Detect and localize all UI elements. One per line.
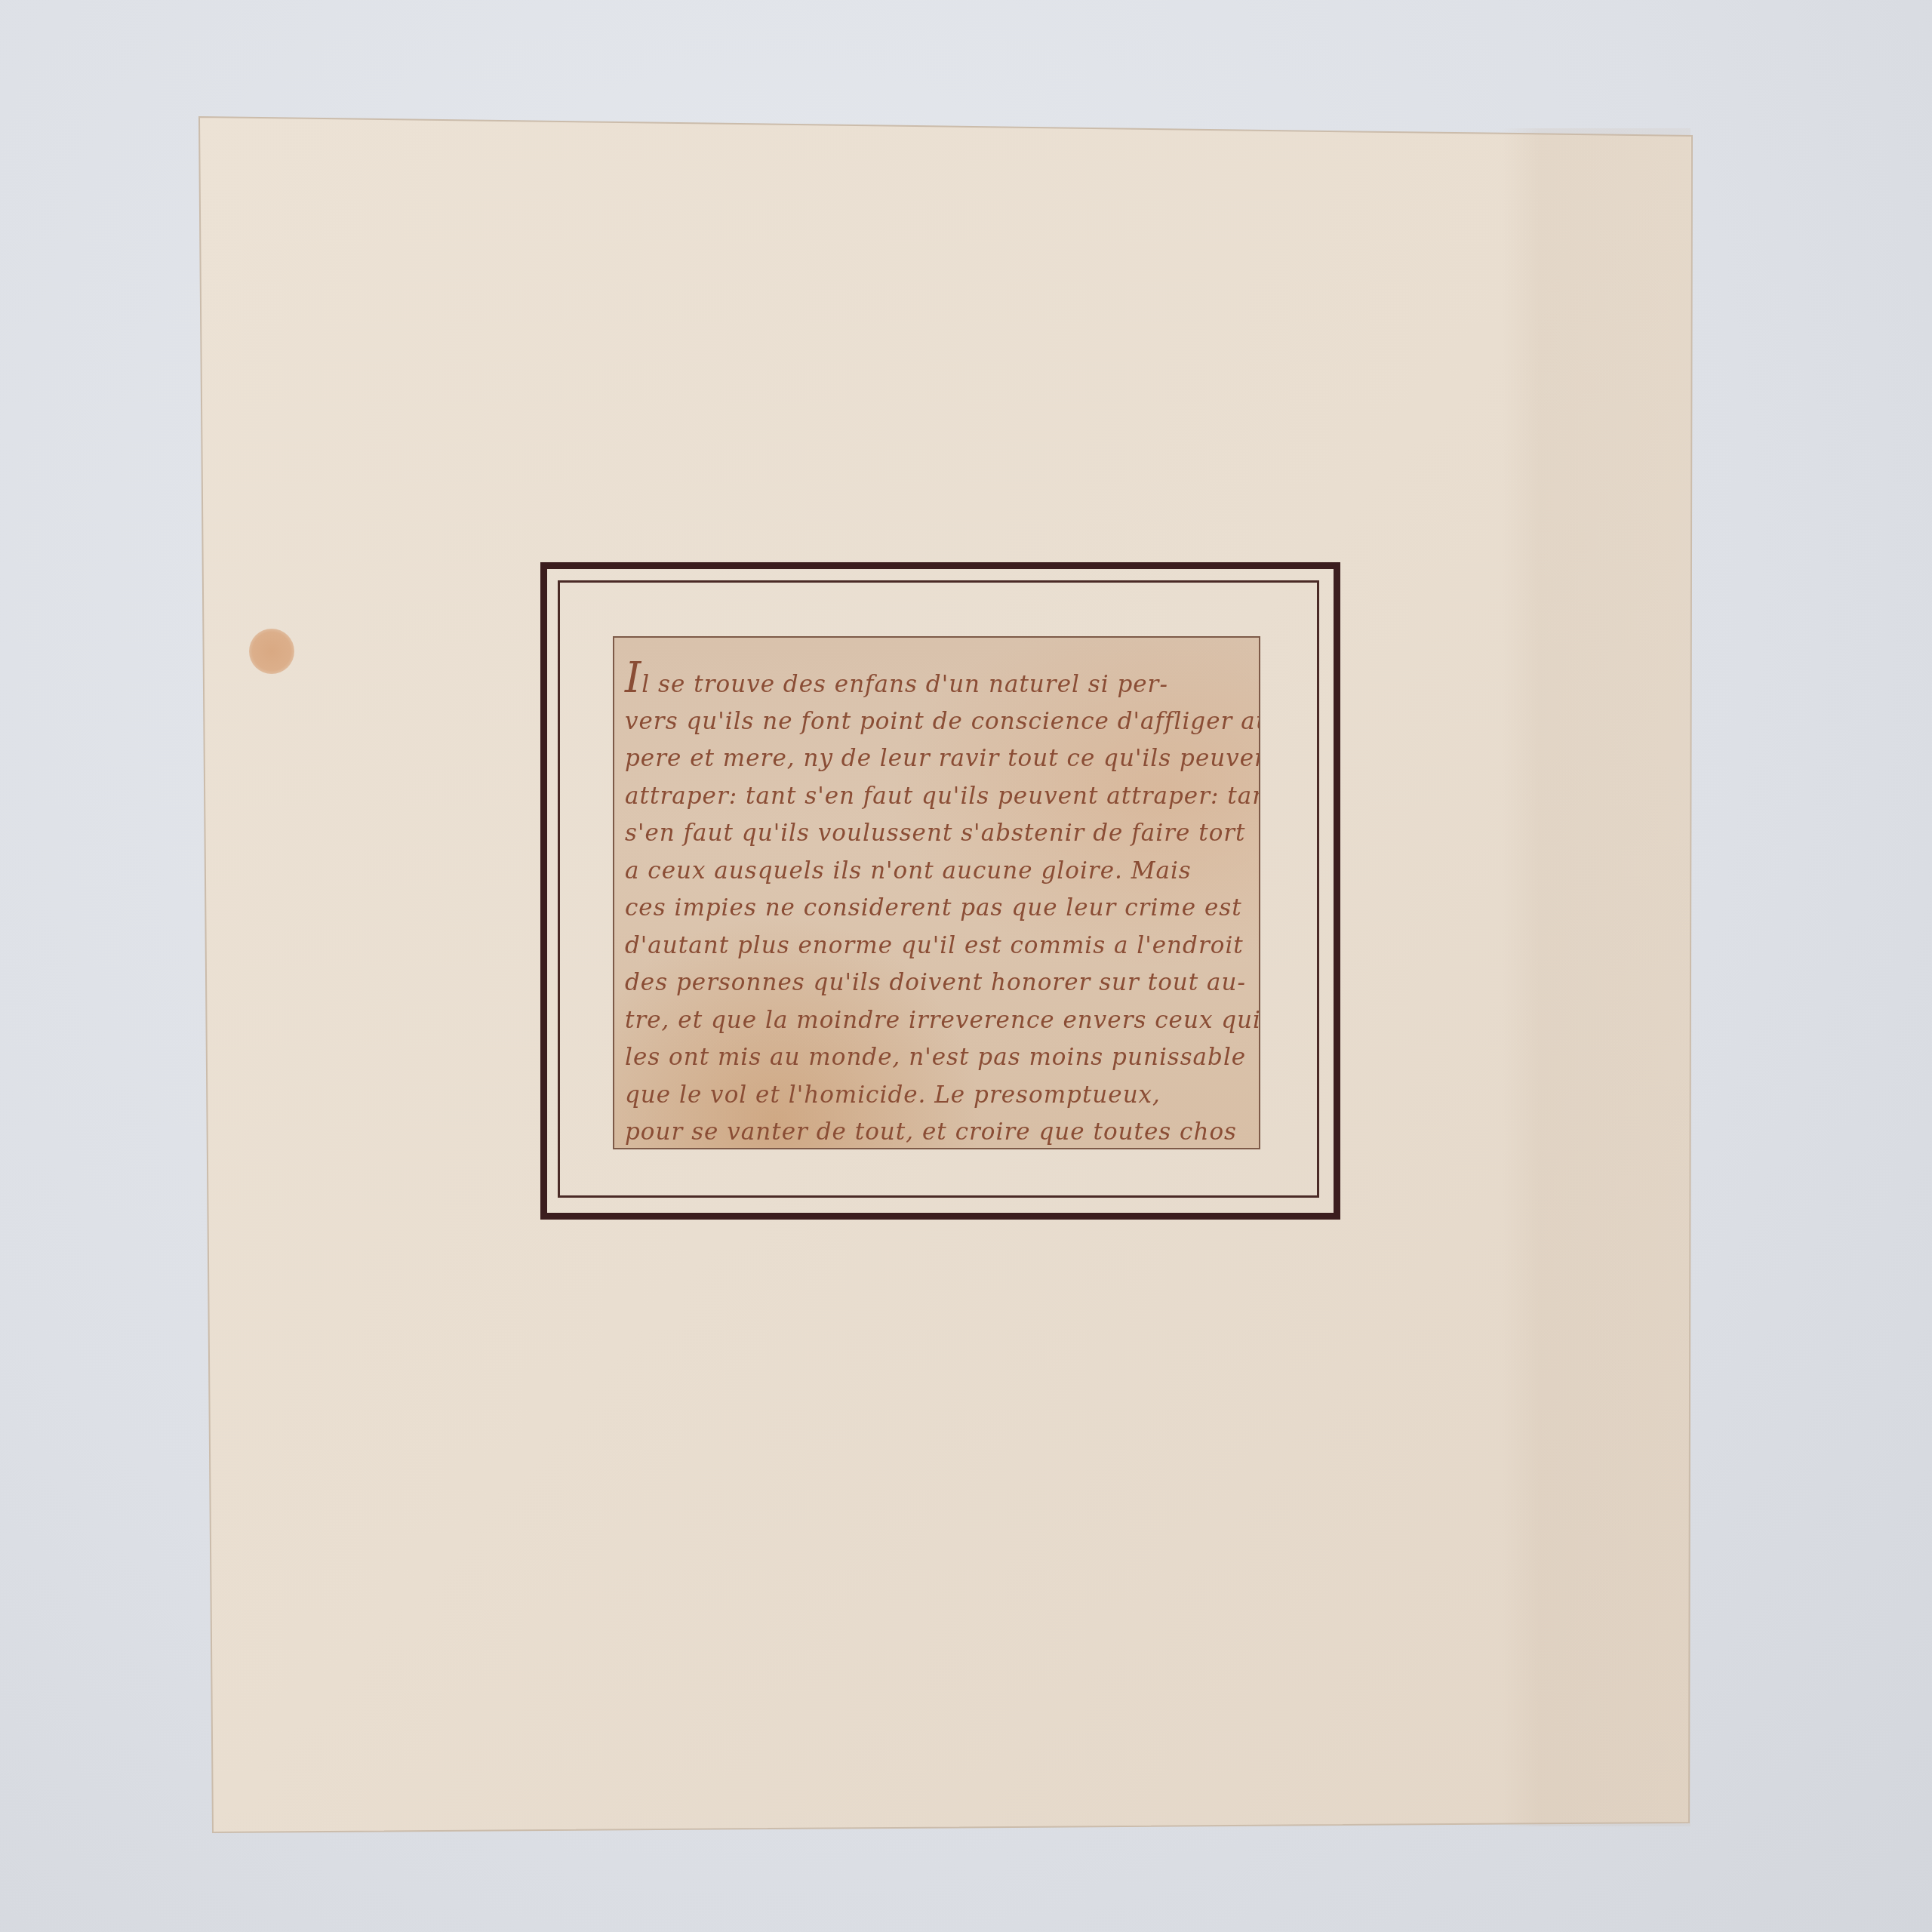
manuscript-line: les ont mis au monde, n'est pas moins pu… — [625, 1038, 1251, 1078]
manuscript-line: d'autant plus enorme qu'il est commis a … — [625, 926, 1251, 965]
manuscript-line: pour se vanter de tout, et croire que to… — [625, 1113, 1251, 1149]
manuscript-line: attraper: tant s'en faut qu'ils peuvent … — [625, 777, 1251, 816]
manuscript-line: tre, et que la moindre irreverence enver… — [625, 1001, 1251, 1040]
manuscript-line: pere et mere, ny de leur ravir tout ce q… — [625, 740, 1251, 779]
manuscript-line: Il se trouve des enfans d'un naturel si … — [625, 658, 1251, 704]
manuscript-line: que le vol et l'homicide. Le presomptueu… — [625, 1075, 1251, 1115]
manuscript-line: a ceux ausquels ils n'ont aucune gloire.… — [625, 851, 1251, 891]
manuscript-line: des personnes qu'ils doivent honorer sur… — [625, 964, 1251, 1003]
foxing-stain — [249, 629, 294, 674]
manuscript-line: ces impies ne considerent pas que leur c… — [625, 889, 1251, 928]
manuscript-line: vers qu'ils ne font point de conscience … — [625, 702, 1251, 741]
manuscript-fragment: Il se trouve des enfans d'un naturel si … — [613, 636, 1260, 1149]
fold-shadow — [1502, 128, 1690, 1826]
manuscript-line: s'en faut qu'ils voulussent s'abstenir d… — [625, 814, 1251, 854]
photo-scene: Il se trouve des enfans d'un naturel si … — [0, 0, 1932, 1932]
